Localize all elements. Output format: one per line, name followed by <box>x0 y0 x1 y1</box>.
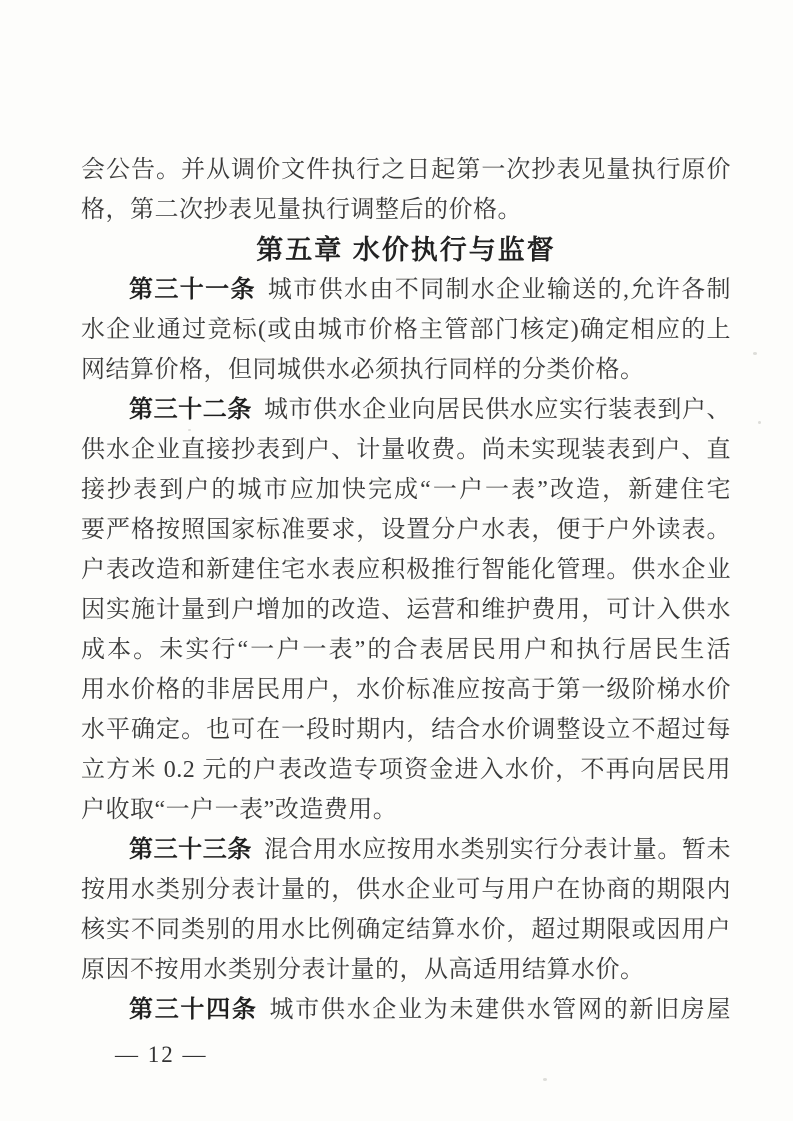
text-line: 接抄表到户的城市应加快完成“一户一表”改造，新建住宅 <box>81 470 731 510</box>
article-31-number: 第三十一条 <box>129 276 256 303</box>
text-line: 格，第二次抄表见量执行调整后的价格。 <box>81 190 731 230</box>
text-line: 因实施计量到户增加的改造、运营和维护费用，可计入供水 <box>81 590 731 630</box>
article-31-first-line: 第三十一条城市供水由不同制水企业输送的,允许各制 <box>81 270 731 310</box>
text-line: 会公告。并从调价文件执行之日起第一次抄表见量执行原价 <box>81 150 731 190</box>
scan-speck <box>188 429 191 431</box>
text-line: 要严格按照国家标准要求，设置分户水表，便于户外读表。 <box>81 510 731 550</box>
text-line: 核实不同类别的用水比例确定结算水价，超过期限或因用户 <box>81 910 731 950</box>
article-33-first-line: 第三十三条混合用水应按用水类别实行分表计量。暂未 <box>81 830 731 870</box>
text-line: 水平确定。也可在一段时期内，结合水价调整设立不超过每 <box>81 710 731 750</box>
article-text: 城市供水企业向居民供水应实行装表到户、 <box>264 397 731 423</box>
article-34-first-line: 第三十四条城市供水企业为未建供水管网的新旧房屋 <box>81 990 731 1030</box>
text-line: 原因不按用水类别分表计量的，从高适用结算水价。 <box>81 950 731 990</box>
document-body: 会公告。并从调价文件执行之日起第一次抄表见量执行原价 格，第二次抄表见量执行调整… <box>81 150 731 1030</box>
text-line: 水企业通过竞标(或由城市价格主管部门核定)确定相应的上 <box>81 310 731 350</box>
text-line: 户表改造和新建住宅水表应积极推行智能化管理。供水企业 <box>81 550 731 590</box>
scanned-document-page: 会公告。并从调价文件执行之日起第一次抄表见量执行原价 格，第二次抄表见量执行调整… <box>0 0 793 1121</box>
page-number: — 12 — <box>115 1038 208 1072</box>
text-line: 按用水类别分表计量的，供水企业可与用户在协商的期限内 <box>81 870 731 910</box>
text-line: 成本。未实行“一户一表”的合表居民用户和执行居民生活 <box>81 630 731 670</box>
text-line: 供水企业直接抄表到户、计量收费。尚未实现装表到户、直 <box>81 430 731 470</box>
text-line: 网结算价格，但同城供水必须执行同样的分类价格。 <box>81 350 731 390</box>
scan-speck <box>753 352 757 355</box>
article-32-first-line: 第三十二条城市供水企业向居民供水应实行装表到户、 <box>81 390 731 430</box>
chapter-heading: 第五章 水价执行与监督 <box>81 230 731 270</box>
text-line: 户收取“一户一表”改造费用。 <box>81 790 731 830</box>
text-line: 立方米 0.2 元的户表改造专项资金进入水价，不再向居民用 <box>81 750 731 790</box>
article-32-number: 第三十二条 <box>129 396 252 423</box>
article-text: 城市供水由不同制水企业输送的,允许各制 <box>268 277 731 303</box>
article-33-number: 第三十三条 <box>129 836 252 863</box>
scan-speck <box>758 421 761 424</box>
article-34-number: 第三十四条 <box>129 996 258 1023</box>
text-line: 用水价格的非居民用户，水价标准应按高于第一级阶梯水价 <box>81 670 731 710</box>
article-text: 城市供水企业为未建供水管网的新旧房屋 <box>270 997 731 1023</box>
scan-speck <box>543 1078 547 1081</box>
article-text: 混合用水应按用水类别实行分表计量。暂未 <box>264 837 731 863</box>
